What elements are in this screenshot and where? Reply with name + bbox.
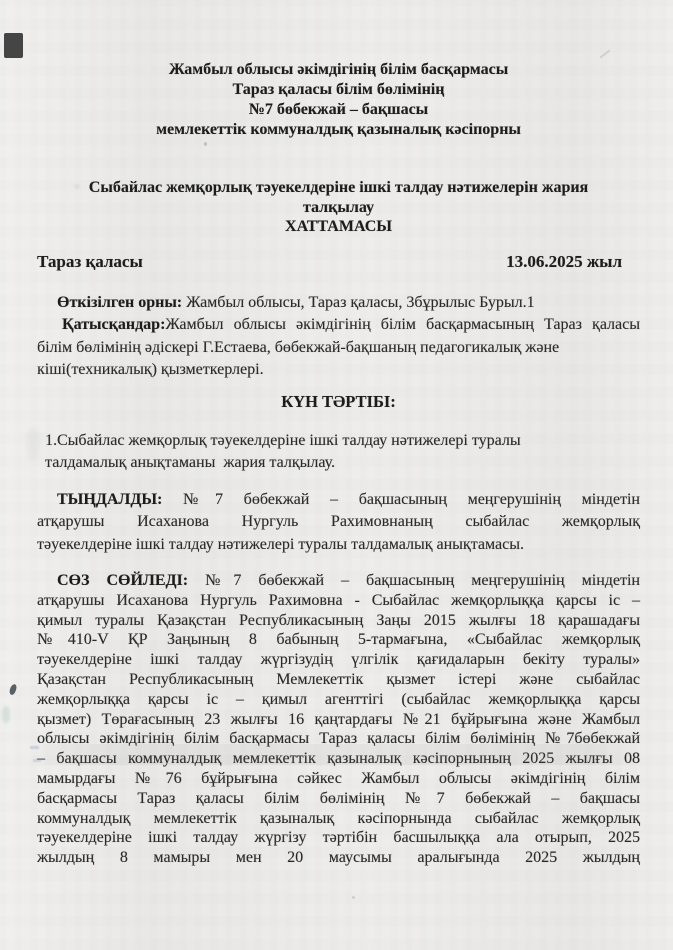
text-line: атқарушы Исаханова Нургуль Рахимовнаның … <box>37 511 640 533</box>
text-line: коммуналдық мемлекеттік қазыналық кәсіпо… <box>37 809 640 829</box>
text-line: білім бөлімінің әдіскері Г.Естаева, бөбе… <box>37 337 640 359</box>
text-line: басқармасы Тараз қаласы білім бөлімінің … <box>37 789 640 809</box>
text-line: ХАТТАМАСЫ <box>37 217 640 237</box>
text-line: талдамалық анықтаманы жария талқылау. <box>45 452 640 474</box>
text-line: тәуекелдеріне ішкі талдау жүргізудің үлг… <box>37 650 640 670</box>
text-line: – бақшасы коммуналдық мемлекеттік қазына… <box>37 749 640 769</box>
text-line: Жамбыл облысы әкімдігінің білім басқарма… <box>37 60 640 80</box>
text-line: кіші(техникалық) қызметкерлері. <box>37 359 640 381</box>
participants-paragraph: Өткізілген орны: Жамбыл облысы, Тараз қа… <box>37 292 640 381</box>
text-line: қимыл туралы Қазақстан Республикасының З… <box>37 611 640 631</box>
text-line: атқарушы Исаханова Нургуль Рахимовна - С… <box>37 591 640 611</box>
pen-mark <box>9 683 17 695</box>
text-line: Қатысқандар:Жамбыл облысы әкімдігінің бі… <box>37 314 640 336</box>
text-line: мемлекеттік коммуналдық қазыналық кәсіпо… <box>37 120 640 140</box>
text-line: мамырдағы №76 бұйрығына сәйкес Жамбыл об… <box>37 769 640 789</box>
city-label: Тараз қаласы <box>37 252 143 272</box>
teal-smudge <box>2 706 10 723</box>
meta-row: Тараз қаласы 13.06.2025 жыл <box>37 252 640 272</box>
scanner-corner-mark <box>4 33 23 58</box>
text-line: ТЫҢДАЛДЫ: №7 бөбекжай – бақшасының меңге… <box>37 489 640 511</box>
agenda-heading-text: КҮН ТӘРТІБІ: <box>281 392 396 411</box>
text-line: Сыбайлас жемқорлық тәуекелдеріне ішкі та… <box>37 178 640 198</box>
spoke-paragraph: СӨЗ СӨЙЛЕДІ: №7 бөбекжай – бақшасының ме… <box>37 571 640 868</box>
agenda-heading: КҮН ТӘРТІБІ: <box>37 392 640 412</box>
text-line: №410-V ҚР Заңының 8 бабының 5-тармағына,… <box>37 630 640 650</box>
scanned-document-page: Жамбыл облысы әкімдігінің білім басқарма… <box>0 0 673 950</box>
org-header: Жамбыл облысы әкімдігінің білім басқарма… <box>37 60 640 140</box>
text-line: Қазақстан Республикасының Мемлекеттік қы… <box>37 670 640 690</box>
text-line: Тараз қаласы білім бөлімінің <box>37 80 640 100</box>
date-label: 13.06.2025 жыл <box>506 252 622 272</box>
text-line: талқылау <box>37 198 640 218</box>
protocol-title: Сыбайлас жемқорлық тәуекелдеріне ішкі та… <box>37 178 640 237</box>
document-body: Жамбыл облысы әкімдігінің білім басқарма… <box>37 0 640 950</box>
text-line: қызмет) Төрағасының 23 жылғы 16 қаңтарда… <box>37 710 640 730</box>
text-line: тәуекелдеріне ішкі талдау жүргізу тәртіб… <box>37 828 640 848</box>
text-line: жылдың 8 мамыры мен 20 маусымы аралығынд… <box>37 848 640 868</box>
text-line: 1.Сыбайлас жемқорлық тәуекелдеріне ішкі … <box>45 430 640 452</box>
text-line: Өткізілген орны: Жамбыл облысы, Тараз қа… <box>37 292 640 314</box>
heard-paragraph: ТЫҢДАЛДЫ: №7 бөбекжай – бақшасының меңге… <box>37 489 640 556</box>
text-line: тәуекелдеріне ішкі талдау нәтижелері тур… <box>37 534 640 556</box>
text-line: №7 бөбекжай – бақшасы <box>37 100 640 120</box>
text-line: СӨЗ СӨЙЛЕДІ: №7 бөбекжай – бақшасының ме… <box>37 571 640 591</box>
agenda-item: 1.Сыбайлас жемқорлық тәуекелдеріне ішкі … <box>45 430 640 475</box>
text-line: облысы әкімдігінің білім басқармасы Тара… <box>37 729 640 749</box>
text-line: жемқорлыққа қарсы іс – қимыл агенттігі (… <box>37 690 640 710</box>
